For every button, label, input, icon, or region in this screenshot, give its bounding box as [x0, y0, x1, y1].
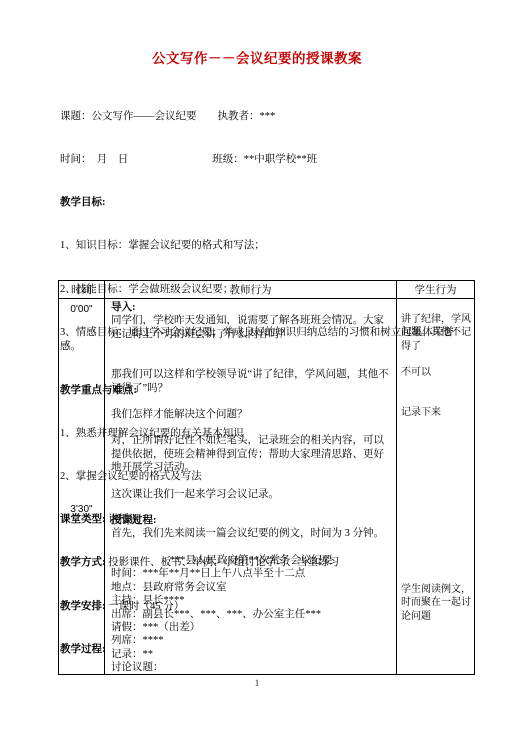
student-behavior-cell: 讲了纪律，学风问题。其他不记得了 不可以 记录下来 学生阅读例文，时而聚在一起讨… — [397, 299, 474, 674]
table-header-row: 时间 教师行为 学生行为 — [59, 281, 474, 299]
example-line-recorder: 记录：** — [111, 648, 391, 661]
example-line-host: 主持：县长**** — [111, 594, 391, 607]
example-document-title: ***县人民政府第**次常务会议纪要 — [111, 554, 391, 567]
student-note: 学生阅读例文，时而聚在一起讨论问题 — [401, 583, 472, 623]
teacher-heading-intro: 导入: — [111, 301, 391, 314]
teacher-paragraph: 我们怎样才能解决这个问题？ — [111, 408, 391, 421]
teacher-paragraph: 那我们可以这样和学校领导说“讲了纪律，学风问题，其他不记得了”吗？ — [111, 368, 391, 395]
table-body-row: 0'00" 3'30" 导入: 同学们，学校昨天发通知，说需要了解各班班会情况。… — [59, 299, 474, 674]
teacher-paragraph: 对，正所谓好记性不如烂笔头，记录班会的相关内容，可以提供依据，使班会精神得到宣传… — [111, 434, 391, 474]
spacer — [111, 421, 391, 434]
example-line-place: 地点：县政府常务会议室 — [111, 581, 391, 594]
document-page: 公文写作－－会议纪要的授课教案 课题：公文写作——会议纪要 执教者：*** 时间… — [0, 0, 514, 729]
time-marker-330: 3'30" — [59, 504, 104, 515]
example-line-time: 时间：***年**月**日上午八点半至十二点 — [111, 567, 391, 580]
time-cell: 0'00" 3'30" — [59, 299, 105, 674]
meta-line-time-class: 时间： 月 日 班级：**中职学校**班 — [60, 153, 464, 167]
heading-teaching-goals: 教学目标: — [60, 196, 464, 210]
example-line-leave: 请假：***（出差） — [111, 621, 391, 634]
teacher-behavior-cell: 导入: 同学们，学校昨天发通知，说需要了解各班班会情况。大家还记得上个月的班会讲… — [105, 299, 397, 674]
teacher-paragraph: 同学们，学校昨天发通知，说需要了解各班班会情况。大家还记得上个月的班会讲了什么内… — [111, 314, 391, 341]
example-line-attendees: 出席：副县长***、***、***、办公室主任*** — [111, 608, 391, 621]
student-note: 讲了纪律，学风问题。其他不记得了 — [401, 313, 472, 353]
spacer — [111, 475, 391, 488]
spacer — [111, 395, 391, 408]
spacer — [111, 501, 391, 514]
student-note: 不可以 — [401, 366, 472, 379]
teacher-heading-lecture-process: 授课过程: — [111, 514, 391, 527]
spacer — [111, 541, 391, 554]
time-marker-start: 0'00" — [59, 304, 104, 315]
header-student-behavior: 学生行为 — [397, 281, 474, 298]
teacher-paragraph: 首先，我们先来阅读一篇会议纪要的例文，时间为 3 分钟。 — [111, 527, 391, 540]
header-time: 时间 — [59, 281, 105, 298]
example-line-topics: 讨论议题： — [111, 661, 391, 674]
meta-line-topic: 课题：公文写作——会议纪要 执教者：*** — [60, 110, 464, 124]
lesson-process-table: 时间 教师行为 学生行为 0'00" 3'30" 导入: 同学们，学校昨天发通知… — [58, 280, 475, 675]
page-title: 公文写作－－会议纪要的授课教案 — [0, 47, 514, 67]
spacer — [111, 341, 391, 368]
header-teacher-behavior: 教师行为 — [105, 281, 397, 298]
example-line-observers: 列席：**** — [111, 634, 391, 647]
student-note: 记录下来 — [401, 406, 472, 419]
goal-knowledge: 1、知识目标：掌握会议纪要的格式和写法； — [60, 239, 464, 253]
teacher-paragraph: 这次课让我们一起来学习会议记录。 — [111, 488, 391, 501]
page-number: 1 — [0, 678, 514, 688]
